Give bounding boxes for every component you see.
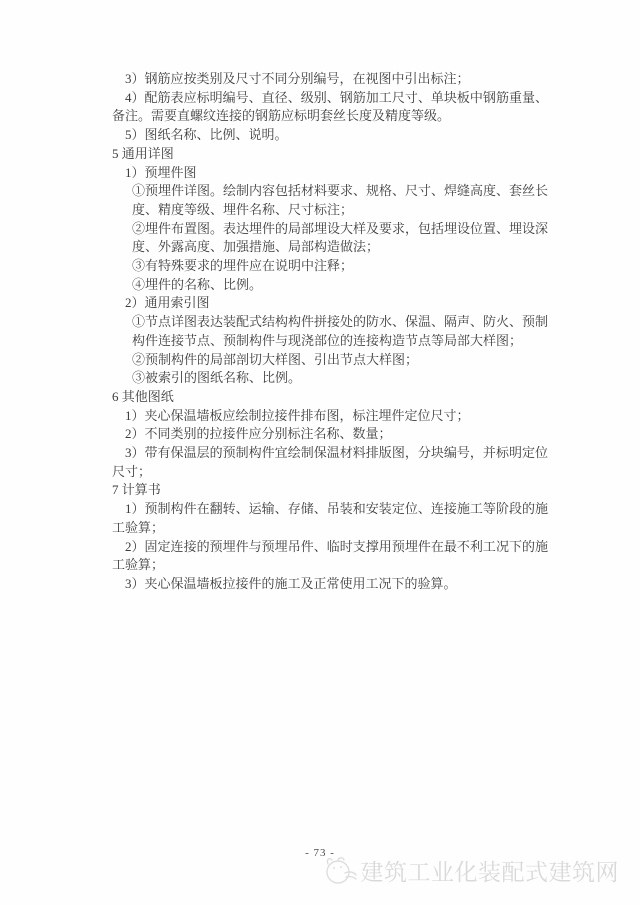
watermark: 建筑工业化装配式建筑网: [321, 854, 620, 887]
watermark-text: 建筑工业化装配式建筑网: [361, 854, 620, 887]
paragraph: 2）通用索引图: [112, 294, 548, 313]
document-page: 3）钢筋应按类别及尺寸不同分别编号，在视图中引出标注；4）配筋表应标明编号、直径…: [0, 0, 640, 905]
paragraph: 2）不同类别的拉接件应分别标注名称、数量；: [112, 425, 548, 444]
mascot-panda-icon: [321, 855, 359, 887]
paragraph: 3）钢筋应按类别及尺寸不同分别编号，在视图中引出标注；: [112, 70, 548, 89]
paragraph: ②埋件布置图。表达埋件的局部埋设大样及要求，包括埋设位置、埋设深度、外露高度、加…: [132, 220, 548, 257]
paragraph: 2）固定连接的预埋件与预埋吊件、临时支撑用预埋件在最不利工况下的施工验算；: [112, 538, 548, 575]
paragraph: 4）配筋表应标明编号、直径、级别、钢筋加工尺寸、单块板中钢筋重量、备注。需要直螺…: [112, 89, 548, 126]
paragraph: ③被索引的图纸名称、比例。: [132, 369, 548, 388]
section-heading: 5 通用详图: [112, 145, 548, 164]
paragraph: ③有特殊要求的埋件应在说明中注释；: [132, 257, 548, 276]
paragraph: 3）带有保温层的预制构件宜绘制保温材料排版图，分块编号，并标明定位尺寸；: [112, 444, 548, 481]
paragraph: ①预埋件详图。绘制内容包括材料要求、规格、尺寸、焊缝高度、套丝长度、精度等级、埋…: [132, 182, 548, 219]
paragraph: ②预制构件的局部剖切大样图、引出节点大样图；: [132, 351, 548, 370]
paragraph: 1）预埋件图: [112, 164, 548, 183]
paragraph: 5）图纸名称、比例、说明。: [112, 126, 548, 145]
paragraph: ④埋件的名称、比例。: [132, 276, 548, 295]
paragraph: 1）预制构件在翻转、运输、存储、吊装和安装定位、连接施工等阶段的施工验算；: [112, 500, 548, 537]
paragraph: 1）夹心保温墙板应绘制拉接件排布图，标注埋件定位尺寸；: [112, 407, 548, 426]
section-heading: 7 计算书: [112, 481, 548, 500]
document-body: 3）钢筋应按类别及尺寸不同分别编号，在视图中引出标注；4）配筋表应标明编号、直径…: [112, 70, 548, 594]
paragraph: ①节点详图表达装配式结构构件拼接处的防水、保温、隔声、防火、预制构件连接节点、预…: [132, 313, 548, 350]
section-heading: 6 其他图纸: [112, 388, 548, 407]
paragraph: 3）夹心保温墙板拉接件的施工及正常使用工况下的验算。: [112, 575, 548, 594]
